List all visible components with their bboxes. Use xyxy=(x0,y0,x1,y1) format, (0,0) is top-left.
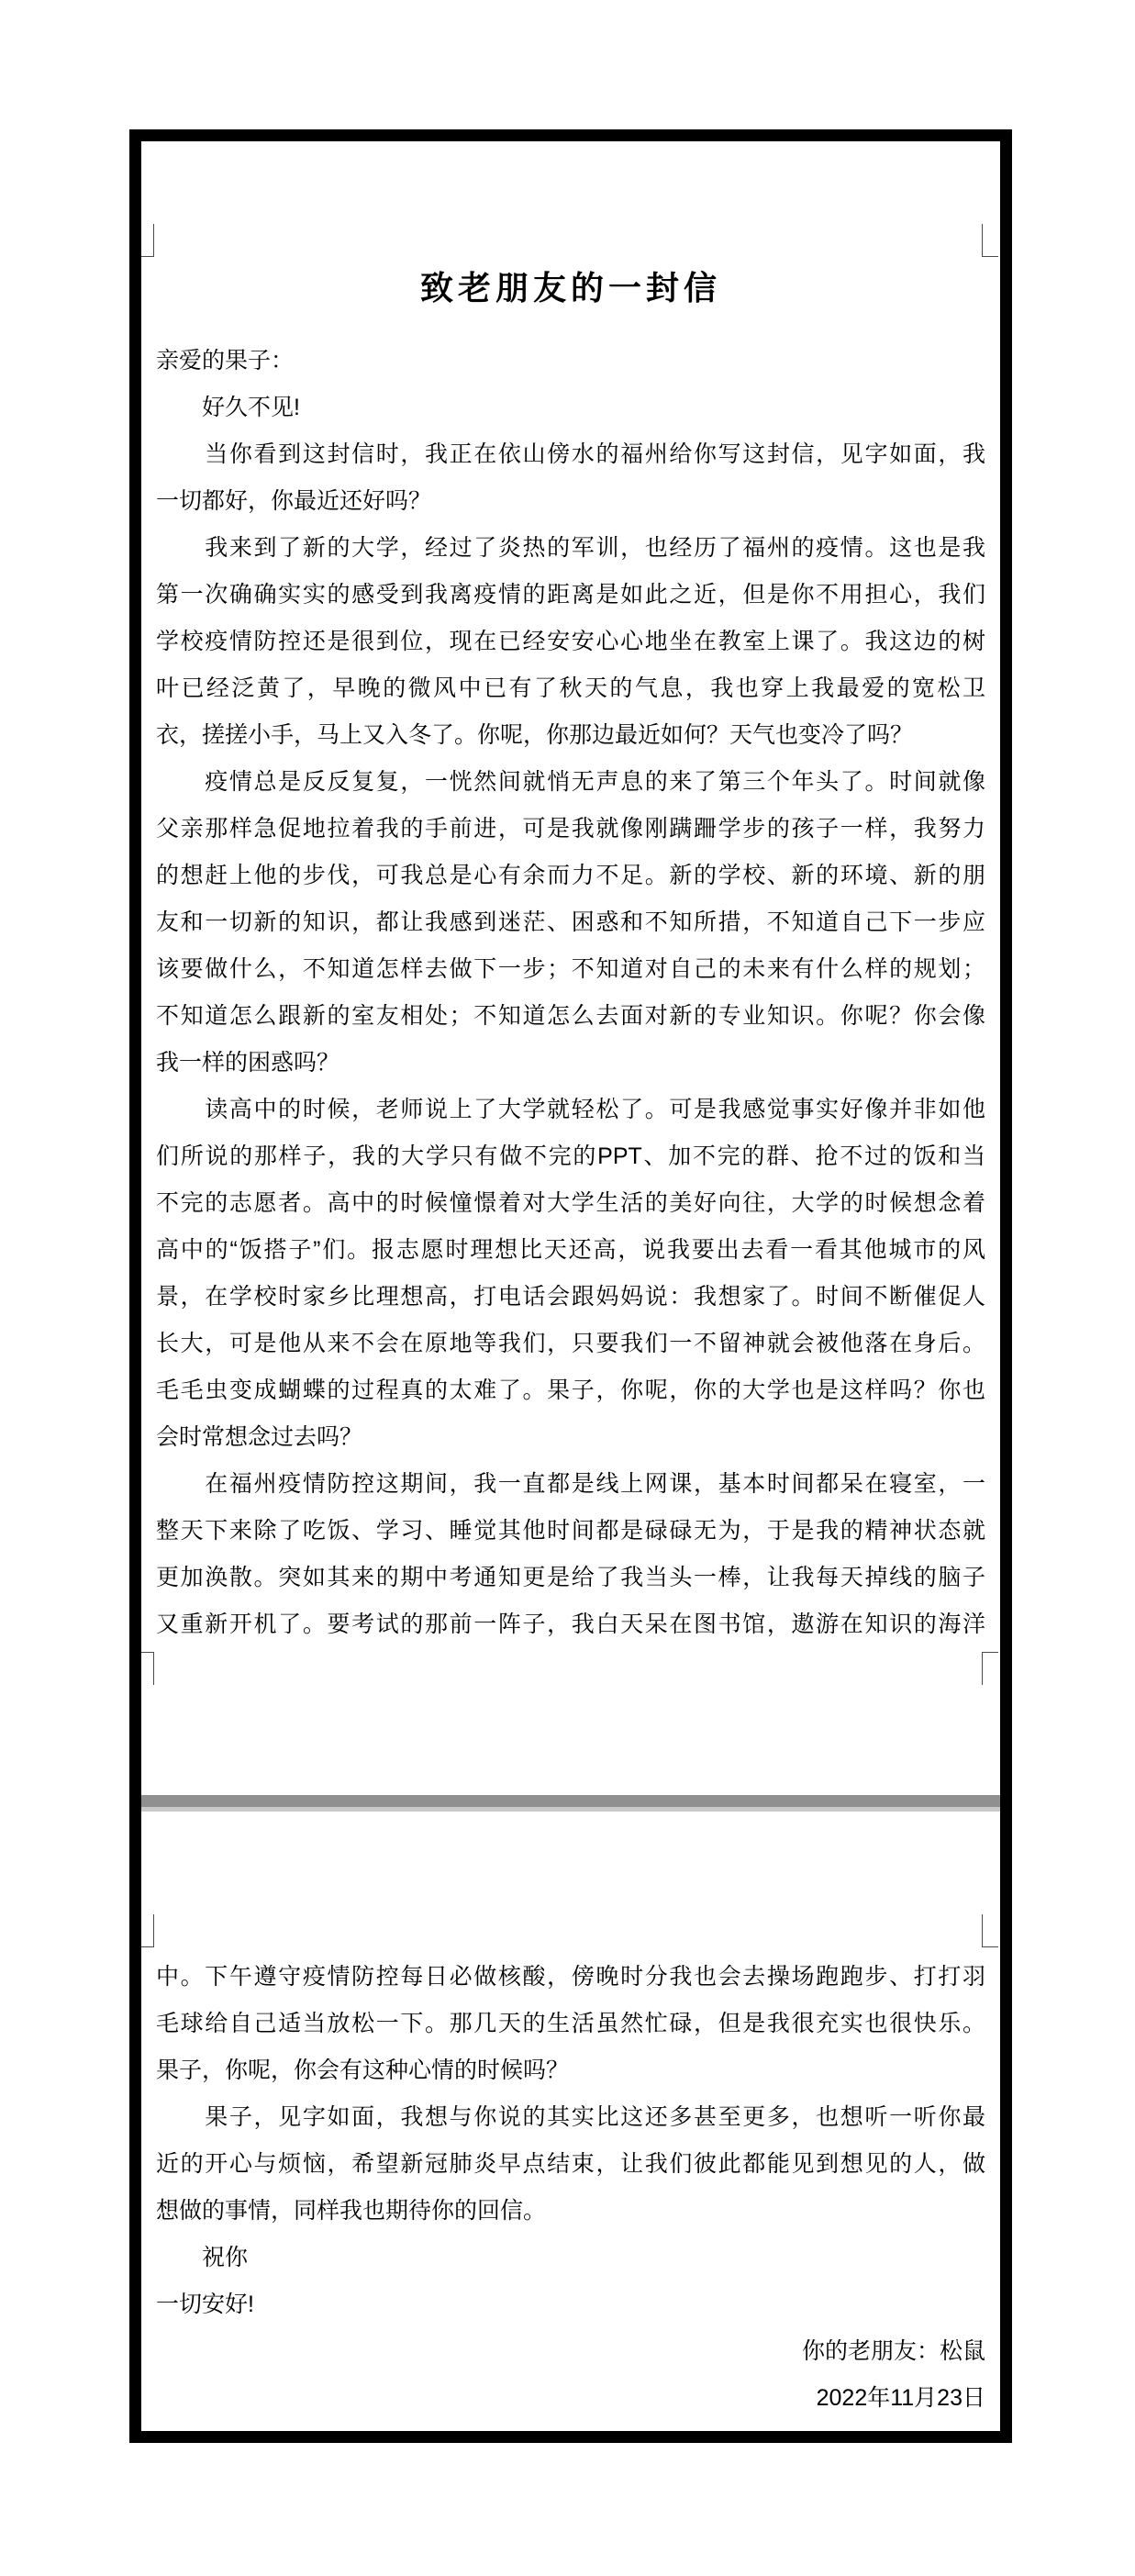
text-line: 2022年11月23日 xyxy=(156,2375,985,2422)
page1-text: 致老朋友的一封信 亲爱的果子： 好久不见! 当你看到这封信时，我正在依山傍水的福… xyxy=(156,268,985,1648)
text-line: 在福州疫情防控这期间，我一直都是线上网课，基本时间都呆在寝室，一 xyxy=(156,1461,985,1508)
text-line: 疫情总是反反复复，一恍然间就悄无声息的来了第三个年头了。时间就像 xyxy=(156,759,985,806)
text-line: 好久不见! xyxy=(156,385,985,431)
text-line: 更加涣散。突如其来的期中考通知更是给了我当头一棒，让我每天掉线的脑子 xyxy=(156,1555,985,1601)
text-line: 该要做什么，不知道怎样去做下一步；不知道对自己的未来有什么样的规划； xyxy=(156,946,985,993)
text-line: 衣，搓搓小手，马上又入冬了。你呢，你那边最近如何？天气也变冷了吗？ xyxy=(156,712,985,759)
page1-lines: 亲爱的果子： 好久不见! 当你看到这封信时，我正在依山傍水的福州给你写这封信，见… xyxy=(156,338,985,1648)
text-line: 想做的事情，同样我也期待你的回信。 xyxy=(156,2188,985,2235)
page1-top-left-margin-mark xyxy=(141,224,154,257)
text-line: 不完的志愿者。高中的时候憧憬着对大学生活的美好向往，大学的时候想念着 xyxy=(156,1180,985,1227)
text-line: 会时常想念过去吗？ xyxy=(156,1414,985,1461)
text-line: 父亲那样急促地拉着我的手前进，可是我就像刚蹒跚学步的孩子一样，我努力 xyxy=(156,806,985,853)
text-line: 亲爱的果子： xyxy=(156,338,985,385)
document-frame: 致老朋友的一封信 亲爱的果子： 好久不见! 当你看到这封信时，我正在依山傍水的福… xyxy=(129,129,1012,2443)
text-line: 一切都好，你最近还好吗？ xyxy=(156,478,985,525)
page1-bottom-left-margin-mark xyxy=(141,1652,154,1685)
text-line: 当你看到这封信时，我正在依山傍水的福州给你写这封信，见字如面，我 xyxy=(156,431,985,478)
text-line: 友和一切新的知识，都让我感到迷茫、困惑和不知所措，不知道自己下一步应 xyxy=(156,899,985,946)
text-line: 们所说的那样子，我的大学只有做不完的PPT、加不完的群、抢不过的饭和当 xyxy=(156,1133,985,1180)
text-line: 第一次确确实实的感受到我离疫情的距离是如此之近，但是你不用担心，我们 xyxy=(156,572,985,619)
page1-bottom-right-margin-mark xyxy=(982,1652,998,1685)
text-line: 读高中的时候，老师说上了大学就轻松了。可是我感觉事实好像并非如他 xyxy=(156,1087,985,1133)
page2-top-left-margin-mark xyxy=(141,1914,154,1947)
document-area: 致老朋友的一封信 亲爱的果子： 好久不见! 当你看到这封信时，我正在依山傍水的福… xyxy=(141,141,1000,2431)
text-line: 又重新开机了。要考试的那前一阵子，我白天呆在图书馆，遨游在知识的海洋 xyxy=(156,1601,985,1648)
text-line: 你的老朋友：松鼠 xyxy=(156,2328,985,2375)
screenshot-canvas: 致老朋友的一封信 亲爱的果子： 好久不见! 当你看到这封信时，我正在依山傍水的福… xyxy=(0,0,1135,2576)
text-line: 近的开心与烦恼，希望新冠肺炎早点结束，让我们彼此都能见到想见的人，做 xyxy=(156,2141,985,2188)
page2-top-right-margin-mark xyxy=(982,1914,998,1947)
text-line: 的想赶上他的步伐，可我总是心有余而力不足。新的学校、新的环境、新的朋 xyxy=(156,853,985,899)
text-line: 果子，见字如面，我想与你说的其实比这还多甚至更多，也想听一听你最 xyxy=(156,2094,985,2141)
text-line: 中。下午遵守疫情防控每日必做核酸，傍晚时分我也会去操场跑跑步、打打羽 xyxy=(156,1954,985,2001)
text-line: 长大，可是他从来不会在原地等我们，只要我们一不留神就会被他落在身后。 xyxy=(156,1321,985,1367)
text-line: 一切安好! xyxy=(156,2281,985,2328)
page2-lines: 中。下午遵守疫情防控每日必做核酸，傍晚时分我也会去操场跑跑步、打打羽毛球给自己适… xyxy=(156,1954,985,2422)
text-line: 祝你 xyxy=(156,2235,985,2281)
text-line: 景，在学校时家乡比理想高，打电话会跟妈妈说：我想家了。时间不断催促人 xyxy=(156,1274,985,1321)
page2-text: 中。下午遵守疫情防控每日必做核酸，傍晚时分我也会去操场跑跑步、打打羽毛球给自己适… xyxy=(156,1954,985,2422)
text-line: 高中的“饭搭子”们。报志愿时理想比天还高，说我要出去看一看其他城市的风 xyxy=(156,1227,985,1274)
text-line: 我一样的困惑吗？ xyxy=(156,1040,985,1087)
text-line: 毛毛虫变成蝴蝶的过程真的太难了。果子，你呢，你的大学也是这样吗？你也 xyxy=(156,1367,985,1414)
text-line: 整天下来除了吃饭、学习、睡觉其他时间都是碌碌无为，于是我的精神状态就 xyxy=(156,1508,985,1555)
text-line: 学校疫情防控还是很到位，现在已经安安心心地坐在教室上课了。我这边的树 xyxy=(156,619,985,665)
text-line: 果子，你呢，你会有这种心情的时候吗？ xyxy=(156,2047,985,2094)
text-line: 叶已经泛黄了，早晚的微风中已有了秋天的气息，我也穿上我最爱的宽松卫 xyxy=(156,665,985,712)
page1-top-right-margin-mark xyxy=(982,224,998,257)
page-separator-shadow xyxy=(141,1807,1000,1812)
text-line: 毛球给自己适当放松一下。那几天的生活虽然忙碌，但是我很充实也很快乐。 xyxy=(156,2001,985,2047)
letter-title: 致老朋友的一封信 xyxy=(156,268,985,308)
text-line: 我来到了新的大学，经过了炎热的军训，也经历了福州的疫情。这也是我 xyxy=(156,525,985,572)
text-line: 不知道怎么跟新的室友相处；不知道怎么去面对新的专业知识。你呢？你会像 xyxy=(156,993,985,1040)
page-separator-bar xyxy=(141,1795,1000,1807)
